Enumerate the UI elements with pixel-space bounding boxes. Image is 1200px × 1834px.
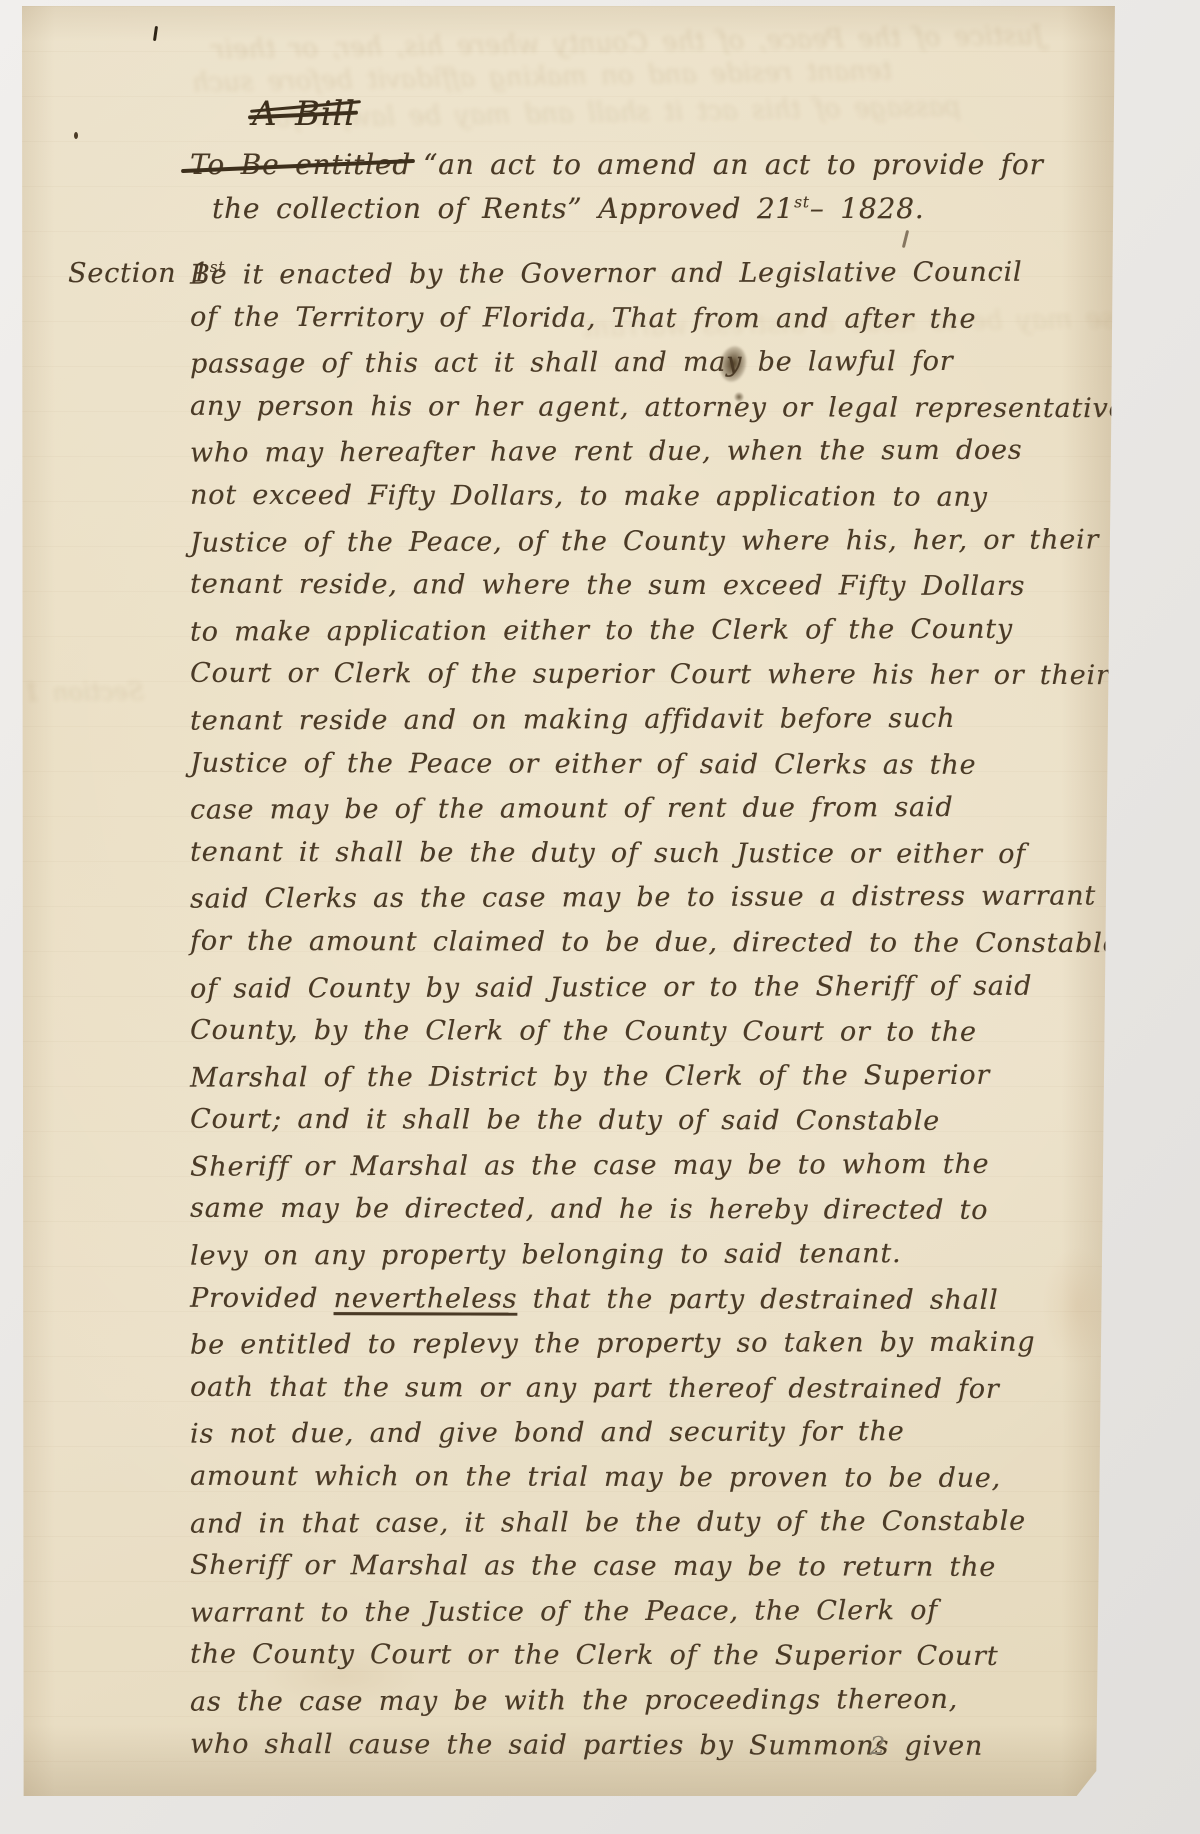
manuscript-line: Justice of the Peace, of the County wher… [190,524,1125,572]
struck-heading-text: A Bill [252,94,356,134]
manuscript-line: for the amount claimed to be due, direct… [190,926,1125,973]
manuscript-line: County, by the Clerk of the County Court… [190,1015,1125,1062]
manuscript-line: to make application either to the Clerk … [190,613,1125,661]
manuscript-line: Court or Clerk of the superior Court whe… [190,658,1125,705]
manuscript-line: and in that case, it shall be the duty o… [190,1505,1125,1553]
manuscript-line: Sheriff or Marshal as the case may be to… [190,1148,1125,1196]
manuscript-line: passage of this act it shall and may be … [190,346,1125,394]
manuscript-line: oath that the sum or any part thereof de… [190,1372,1125,1419]
manuscript-line: amount which on the trial may be proven … [190,1461,1125,1508]
manuscript-line: as the case may be with the proceedings … [190,1683,1125,1731]
document-heading: A Bill [252,94,368,134]
struck-subtitle-text: To Be entitled [190,148,411,181]
manuscript-line: tenant reside, and where the sum exceed … [190,569,1125,616]
scan-background: Justice of the Peace, of the County wher… [0,0,1200,1834]
underlined-word: nevertheless [334,1283,518,1314]
title-line-1: To Be entitled“an act to amend an act to… [190,148,1044,181]
manuscript-line: same may be directed, and he is hereby d… [190,1193,1125,1240]
manuscript-line: Provided nevertheless that the party des… [190,1282,1125,1329]
manuscript-line: Justice of the Peace or either of said C… [190,747,1125,794]
manuscript-line: Sheriff or Marshal as the case may be to… [190,1550,1125,1597]
manuscript-line: case may be of the amount of rent due fr… [190,791,1125,839]
ordinal-superscript: st [794,194,810,212]
ink-speck [902,230,909,248]
manuscript-line: who shall cause the said parties by Summ… [190,1728,1125,1775]
manuscript-line: is not due, and give bond and security f… [190,1416,1125,1464]
manuscript-line: Be it enacted by the Governor and Legisl… [190,256,1125,304]
ink-speck [74,132,78,139]
title-text: “an act to amend an act to provide for [423,148,1044,181]
title-text-continued: the collection of Rents” Approved 21 [212,192,794,225]
title-line-2: the collection of Rents” Approved 21st– … [212,192,924,225]
manuscript-line: tenant it shall be the duty of such Just… [190,836,1125,883]
manuscript-line: said Clerks as the case may be to issue … [190,881,1125,929]
ink-speck [153,26,158,41]
manuscript-line: not exceed Fifty Dollars, to make applic… [190,480,1125,527]
manuscript-line: warrant to the Justice of the Peace, the… [190,1594,1125,1642]
ink-bleedthrough-icon: Justice of the Peace, of the County wher… [212,21,1044,66]
manuscript-line: the County Court or the Clerk of the Sup… [190,1639,1125,1686]
manuscript-line: tenant reside and on making affidavit be… [190,702,1125,750]
manuscript-line: levy on any property belonging to said t… [190,1237,1125,1285]
manuscript-page: Justice of the Peace, of the County wher… [22,6,1116,1796]
section-body: Be it enacted by the Governor and Legisl… [190,258,1125,1774]
approval-date: – 1828. [810,192,925,225]
manuscript-line: of the Territory of Florida, That from a… [190,301,1125,348]
ink-bleedthrough-icon: Section 1 [24,677,144,706]
edge-streak [1104,1534,1107,1646]
manuscript-line: who may hereafter have rent due, when th… [190,435,1125,483]
page-number: 2 [870,1732,886,1760]
manuscript-line: of said County by said Justice or to the… [190,970,1125,1018]
manuscript-line: be entitled to replevy the property so t… [190,1327,1125,1375]
manuscript-line: Marshal of the District by the Clerk of … [190,1059,1125,1107]
manuscript-line: Court; and it shall be the duty of said … [190,1104,1125,1151]
manuscript-line: any person his or her agent, attorney or… [190,391,1125,438]
